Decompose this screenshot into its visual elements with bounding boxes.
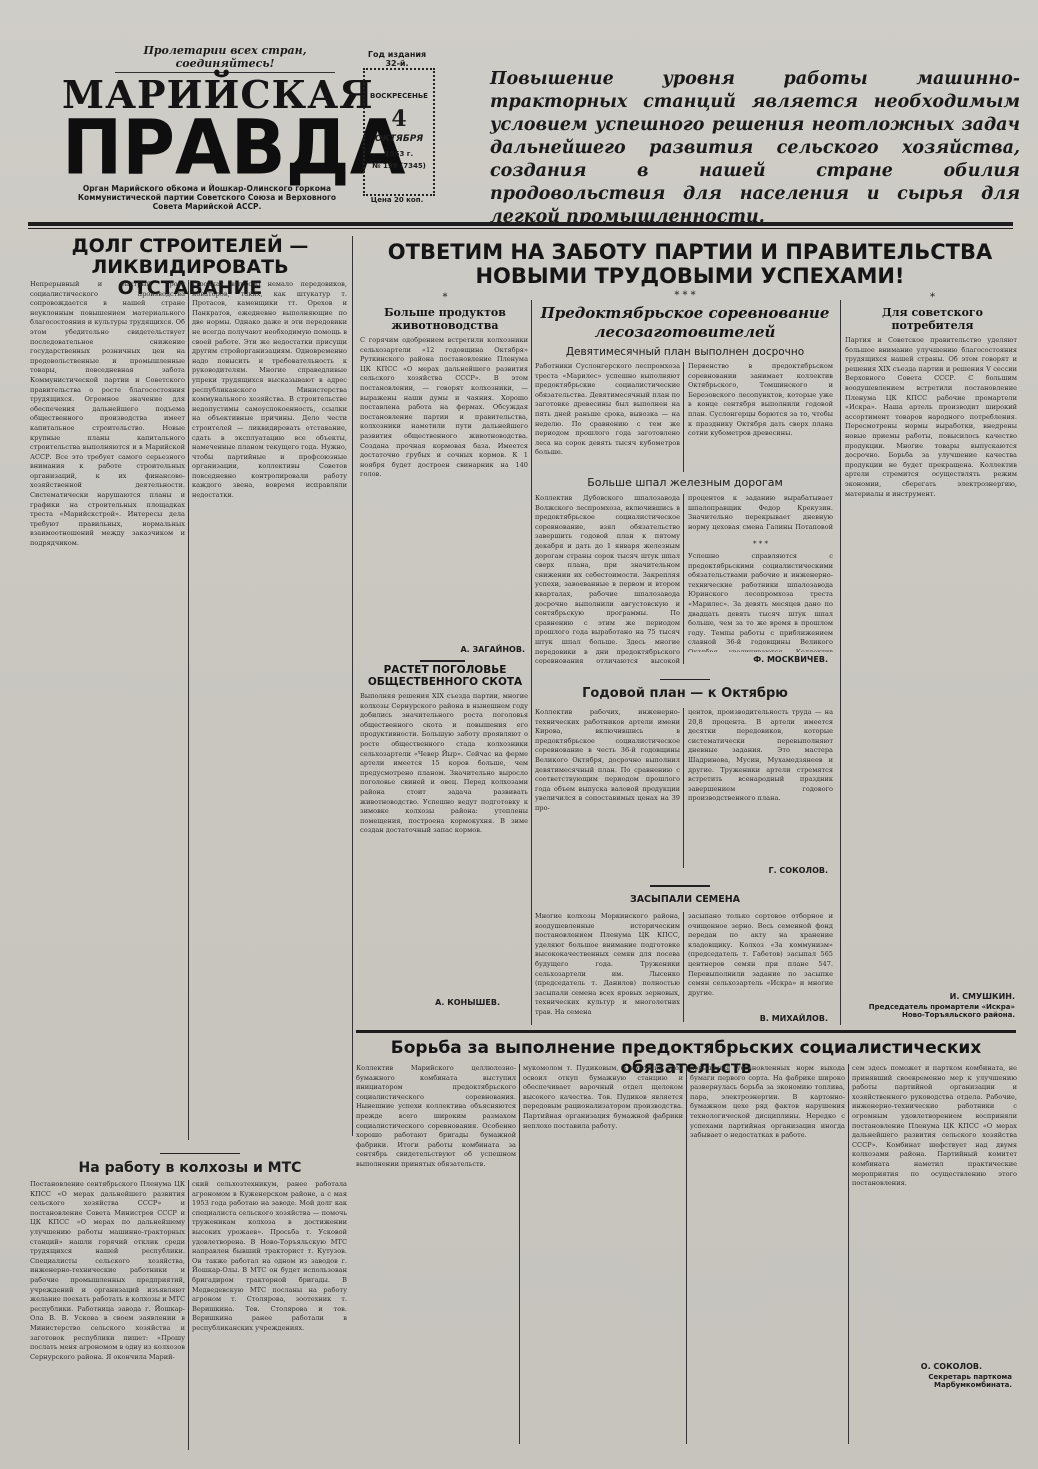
column-divider — [352, 236, 353, 1136]
mts-col1: Постановление сентябрьского Пленума ЦК К… — [30, 1180, 185, 1450]
column-divider — [686, 1064, 687, 1444]
consumer-signature: И. СМУШКИН. — [845, 992, 1015, 1001]
column-divider — [683, 494, 684, 664]
issue-number: № 199 (7345) — [365, 162, 433, 170]
year-of-publication: Год издания 32-й. — [362, 50, 432, 68]
short-divider — [660, 679, 710, 680]
logging-col2: Первенство в предоктябрьском соревновани… — [688, 362, 833, 472]
column-divider — [519, 1064, 520, 1444]
seeds-col2: засыпано только сортовое отборное и очищ… — [688, 912, 833, 1012]
main-banner-line2: НОВЫМИ ТРУДОВЫМИ УСПЕХАМИ! — [360, 264, 1020, 288]
year: 1953 г. — [365, 150, 433, 158]
railways-headline: Больше шпал железным дорогам — [535, 476, 835, 489]
newspaper-title-line2: ПРАВДА — [62, 108, 347, 186]
annual-plan-col2: центов, производительность труда — на 20… — [688, 708, 833, 858]
month: ОКТЯБРЯ — [365, 134, 433, 144]
consumer-signature-title: Председатель промартели «Искра» Ново-Тор… — [845, 1003, 1015, 1019]
livestock-headline: Больше продуктов животноводства — [360, 306, 530, 332]
day: 4 — [365, 106, 433, 132]
pledges-col4: сем здесь поможет и партком комбината, н… — [852, 1064, 1017, 1354]
column-divider — [683, 912, 684, 1022]
star-ornament: * — [360, 292, 530, 303]
editorial-col2: стройках выросло немало передовиков, нов… — [192, 280, 347, 1140]
price: Цена 20 коп. — [362, 196, 432, 204]
herd-headline: РАСТЕТ ПОГОЛОВЬЕ ОБЩЕСТВЕННОГО СКОТА — [360, 664, 530, 688]
pledges-col2: мукомолом т. Пудиковым, в короткий срок … — [523, 1064, 683, 1444]
pledges-signature: О. СОКОЛОВ. — [852, 1362, 982, 1371]
mts-col2: ский сельхозтехникум, ранее работала агр… — [192, 1180, 347, 1450]
column-divider — [188, 1180, 189, 1450]
livestock-signature: А. ЗАГАЙНОВ. — [360, 645, 525, 654]
editorial-col1: Непрерывный и быстрый рост социалистичес… — [30, 280, 185, 1140]
railways-signature: Ф. МОСКВИЧЕВ. — [688, 655, 828, 664]
livestock-body: С горячим одобрением встретили колхозник… — [360, 336, 528, 636]
masthead-rule-thin — [28, 228, 1013, 229]
main-banner-line1: ОТВЕТИМ НА ЗАБОТУ ПАРТИИ И ПРАВИТЕЛЬСТВА — [360, 240, 1020, 264]
short-divider — [420, 660, 465, 662]
railways-col2b: Успешно справляются с предоктябрьскими с… — [688, 552, 833, 652]
pledges-col1: Коллектив Марийского целлюлозно-бумажног… — [356, 1064, 516, 1444]
column-divider — [188, 280, 189, 1140]
stars-ornament: * * * — [535, 290, 835, 301]
short-divider — [650, 885, 710, 887]
masthead-organ: Орган Марийского обкома и Йошкар-Олинско… — [62, 184, 352, 211]
date-box: ВОСКРЕСЕНЬЕ 4 ОКТЯБРЯ 1953 г. № 199 (734… — [363, 68, 435, 196]
mts-headline: На работу в колхозы и МТС — [30, 1160, 350, 1176]
railways-col2: процентов к заданию вырабатывает шпалопр… — [688, 494, 833, 534]
consumer-headline: Для советского потребителя — [845, 306, 1020, 332]
masthead-rule — [28, 222, 1013, 226]
logging-subhead: Девятимесячный план выполнен досрочно — [535, 346, 835, 358]
masthead-slogan: Пролетарии всех стран, соединяйтесь! — [115, 44, 335, 73]
section-rule — [356, 1030, 1016, 1033]
logging-headline: Предоктябрьское соревнование лесозаготов… — [535, 304, 835, 342]
column-divider — [683, 362, 684, 472]
herd-body: Выполняя решения XIX съезда партии, мног… — [360, 692, 528, 992]
seeds-headline: ЗАСЫПАЛИ СЕМЕНА — [535, 894, 835, 905]
star-ornament: * — [845, 292, 1020, 303]
pledges-signature-title: Секретарь парткома Марбумкомбината. — [872, 1373, 1012, 1389]
logging-col1: Работники Суслонгерского леспромхоза тре… — [535, 362, 680, 472]
ornament-divider — [160, 1153, 240, 1154]
seeds-col1: Многие колхозы Моркинского района, вооду… — [535, 912, 680, 1022]
railways-col1: Коллектив Дубовского шпалозавода Волжско… — [535, 494, 680, 664]
column-divider — [531, 300, 532, 1025]
newspaper-page: Пролетарии всех стран, соединяйтесь! МАР… — [0, 0, 1038, 1469]
consumer-body: Партия и Советское правительство уделяют… — [845, 336, 1017, 991]
stars-divider: * * * — [688, 540, 833, 548]
lead-quote: Повышение уровня работы машинно-тракторн… — [490, 68, 1020, 229]
annual-plan-col1: Коллектив рабочих, инженерно-технических… — [535, 708, 680, 868]
annual-plan-headline: Годовой план — к Октябрю — [535, 686, 835, 701]
herd-signature: А. КОНЫШЕВ. — [360, 998, 500, 1007]
column-divider — [683, 708, 684, 868]
pledges-col3: повышения установленных норм выхода бума… — [690, 1064, 845, 1444]
seeds-signature: В. МИХАЙЛОВ. — [688, 1014, 828, 1023]
annual-plan-signature: Г. СОКОЛОВ. — [688, 866, 828, 875]
weekday: ВОСКРЕСЕНЬЕ — [365, 92, 433, 100]
column-divider — [840, 300, 841, 1025]
column-divider — [848, 1064, 849, 1444]
